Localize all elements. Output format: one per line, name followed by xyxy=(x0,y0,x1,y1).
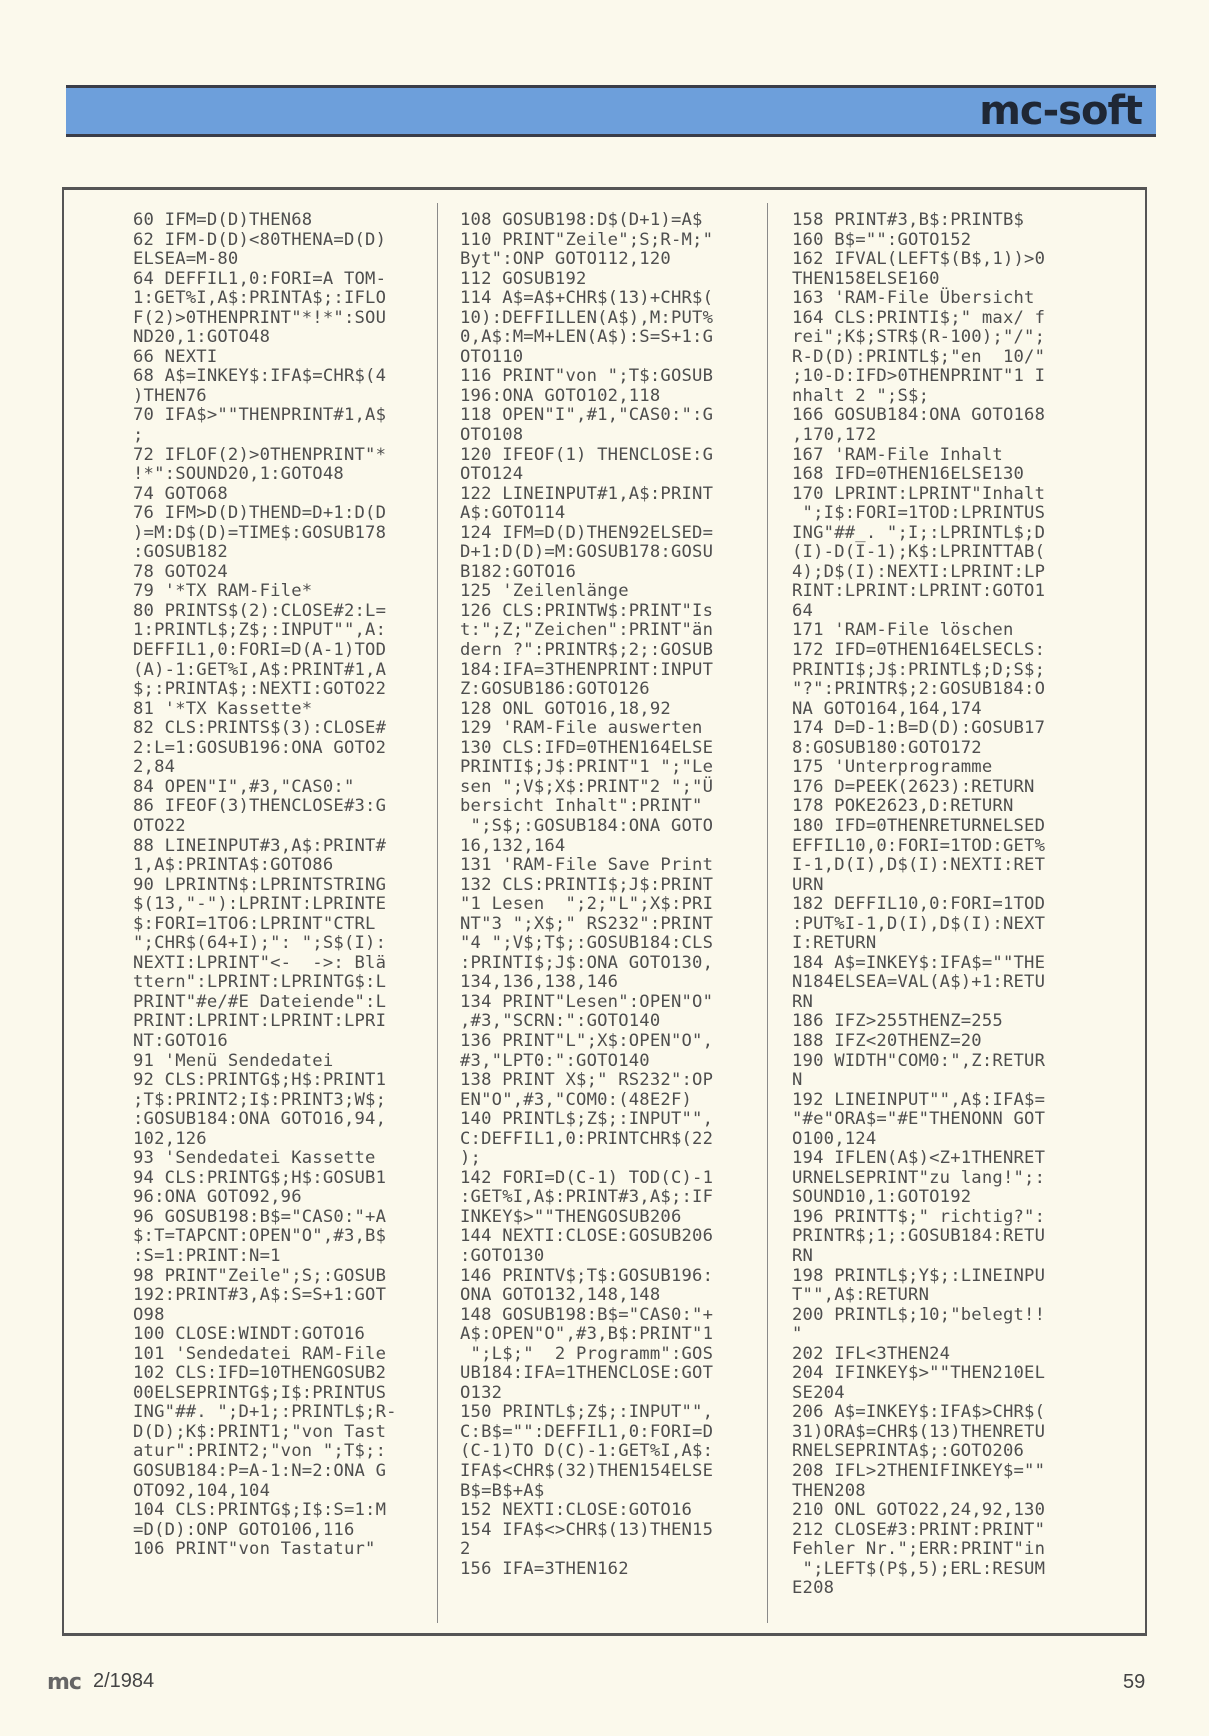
code-line: 80 PRINTS$(2):CLOSE#2:L= xyxy=(133,602,397,622)
code-line: I:RETURN xyxy=(792,934,1045,954)
code-line: 102 CLS:IFD=10THENGOSUB2 xyxy=(133,1364,397,1384)
code-line: 171 'RAM-File löschen xyxy=(792,621,1045,641)
code-line: OTO92,104,104 xyxy=(133,1482,397,1502)
code-line: PRINT"#e/#E Dateiende":L xyxy=(133,993,397,1013)
code-line: 100 CLOSE:WINDT:GOTO16 xyxy=(133,1325,397,1345)
code-line: ttern":LPRINT:LPRINTG$:L xyxy=(133,973,397,993)
code-line: 110 PRINT"Zeile";S;R-M;" xyxy=(460,231,713,251)
code-line: 196:ONA GOTO102,118 xyxy=(460,387,713,407)
code-line: 162 IFVAL(LEFT$(B$,1))>0 xyxy=(792,250,1045,270)
code-line: 64 DEFFIL1,0:FORI=A TOM- xyxy=(133,270,397,290)
code-line: 78 GOTO24 xyxy=(133,563,397,583)
code-line: 186 IFZ>255THENZ=255 xyxy=(792,1012,1045,1032)
code-line: 180 IFD=0THENRETURNELSED xyxy=(792,817,1045,837)
code-line: RN xyxy=(792,1247,1045,1267)
code-line: 190 WIDTH"COM0:",Z:RETUR xyxy=(792,1052,1045,1072)
code-line: 125 'Zeilenlänge xyxy=(460,582,713,602)
code-line: O98 xyxy=(133,1306,397,1326)
code-line: 152 NEXTI:CLOSE:GOTO16 xyxy=(460,1501,713,1521)
code-line: 94 CLS:PRINTG$;H$:GOSUB1 xyxy=(133,1169,397,1189)
code-line: 200 PRINTL$;10;"belegt!! xyxy=(792,1306,1045,1326)
code-line: "4 ";V$;T$;:GOSUB184:CLS xyxy=(460,934,713,954)
code-line: "#e"ORA$="#E"THENONN GOT xyxy=(792,1110,1045,1130)
code-line: "?":PRINTR$;2:GOSUB184:O xyxy=(792,680,1045,700)
code-line: INKEY$>""THENGOSUB206 xyxy=(460,1208,713,1228)
code-line: 150 PRINTL$;Z$;:INPUT"", xyxy=(460,1403,713,1423)
code-line: 116 PRINT"von ";T$:GOSUB xyxy=(460,367,713,387)
code-line: NEXTI:LPRINT"<- ->: Blä xyxy=(133,954,397,974)
code-line: OTO110 xyxy=(460,348,713,368)
code-line: ";LEFT$(P$,5);ERL:RESUM xyxy=(792,1560,1045,1580)
code-line: I-1,D(I),D$(I):NEXTI:RET xyxy=(792,856,1045,876)
code-line: 168 IFD=0THEN16ELSE130 xyxy=(792,465,1045,485)
code-line: OTO124 xyxy=(460,465,713,485)
code-line: RINT:LPRINT:LPRINT:GOTO1 xyxy=(792,582,1045,602)
code-line: :GET%I,A$:PRINT#3,A$;:IF xyxy=(460,1188,713,1208)
code-line: 212 CLOSE#3:PRINT:PRINT" xyxy=(792,1521,1045,1541)
code-line: 86 IFEOF(3)THENCLOSE#3:G xyxy=(133,797,397,817)
code-line: 68 A$=INKEY$:IFA$=CHR$(4 xyxy=(133,367,397,387)
code-line: ING"##_. ";I;:LPRINTL$;D xyxy=(792,524,1045,544)
code-line: "1 Lesen ";2;"L";X$:PRI xyxy=(460,895,713,915)
code-line: D+1:D(D)=M:GOSUB178:GOSU xyxy=(460,543,713,563)
code-line: 70 IFA$>""THENPRINT#1,A$ xyxy=(133,406,397,426)
code-line: 62 IFM-D(D)<80THENA=D(D) xyxy=(133,231,397,251)
code-line: E208 xyxy=(792,1579,1045,1599)
code-line: PRINTI$;J$:PRINT"1 ";"Le xyxy=(460,758,713,778)
code-line: THEN158ELSE160 xyxy=(792,270,1045,290)
code-line: A$:OPEN"O",#3,B$:PRINT"1 xyxy=(460,1325,713,1345)
code-line: =D(D):ONP GOTO106,116 xyxy=(133,1521,397,1541)
code-line: ;T$:PRINT2;I$:PRINT3;W$; xyxy=(133,1091,397,1111)
code-line: NT:GOTO16 xyxy=(133,1032,397,1052)
code-line: PRINT:LPRINT:LPRINT:LPRI xyxy=(133,1012,397,1032)
code-line: THEN208 xyxy=(792,1482,1045,1502)
code-line: 210 ONL GOTO22,24,92,130 xyxy=(792,1501,1045,1521)
code-line: ELSEA=M-80 xyxy=(133,250,397,270)
code-line: 92 CLS:PRINTG$;H$:PRINT1 xyxy=(133,1071,397,1091)
code-line: :GOTO130 xyxy=(460,1247,713,1267)
code-line: !*":SOUND20,1:GOTO48 xyxy=(133,465,397,485)
code-line: PRINTI$;J$:PRINTL$;D;S$; xyxy=(792,661,1045,681)
code-line: 2:L=1:GOSUB196:ONA GOTO2 xyxy=(133,739,397,759)
code-line: B182:GOTO16 xyxy=(460,563,713,583)
code-line: 194 IFLEN(A$)<Z+1THENRET xyxy=(792,1149,1045,1169)
code-line: 148 GOSUB198:B$="CAS0:"+ xyxy=(460,1306,713,1326)
code-line: (A)-1:GET%I,A$:PRINT#1,A xyxy=(133,661,397,681)
code-line: NT"3 ";X$;" RS232":PRINT xyxy=(460,915,713,935)
code-line: 132 CLS:PRINTI$;J$:PRINT xyxy=(460,876,713,896)
code-line: (I)-D(I-1);K$:LPRINTTAB( xyxy=(792,543,1045,563)
code-line: NA GOTO164,164,174 xyxy=(792,700,1045,720)
code-line: dern ?":PRINTR$;2;:GOSUB xyxy=(460,641,713,661)
code-line: ,#3,"SCRN:":GOTO140 xyxy=(460,1012,713,1032)
code-line: 66 NEXTI xyxy=(133,348,397,368)
code-line: URN xyxy=(792,876,1045,896)
code-line: 128 ONL GOTO16,18,92 xyxy=(460,700,713,720)
code-line: 76 IFM>D(D)THEND=D+1:D(D xyxy=(133,504,397,524)
code-line: 112 GOSUB192 xyxy=(460,270,713,290)
code-line: C:DEFFIL1,0:PRINTCHR$(22 xyxy=(460,1130,713,1150)
issue-label: 2/1984 xyxy=(93,1670,154,1693)
code-line: SE204 xyxy=(792,1384,1045,1404)
code-line: OTO108 xyxy=(460,426,713,446)
code-line: $(13,"-"):LPRINT:LPRINTE xyxy=(133,895,397,915)
code-line: 91 'Menü Sendedatei xyxy=(133,1052,397,1072)
code-line: t:";Z;"Zeichen":PRINT"än xyxy=(460,621,713,641)
code-line: 174 D=D-1:B=D(D):GOSUB17 xyxy=(792,719,1045,739)
code-line: 163 'RAM-File Übersicht xyxy=(792,289,1045,309)
code-line: $:FORI=1TO6:LPRINT"CTRL xyxy=(133,915,397,935)
code-line: 126 CLS:PRINTW$:PRINT"Is xyxy=(460,602,713,622)
code-line: " xyxy=(792,1325,1045,1345)
code-line: 129 'RAM-File auswerten xyxy=(460,719,713,739)
code-line: 64 xyxy=(792,602,1045,622)
code-line: 198 PRINTL$;Y$;:LINEINPU xyxy=(792,1267,1045,1287)
code-line: 192 LINEINPUT"",A$:IFA$= xyxy=(792,1091,1045,1111)
code-line: :S=1:PRINT:N=1 xyxy=(133,1247,397,1267)
code-line: (C-1)TO D(C)-1:GET%I,A$: xyxy=(460,1442,713,1462)
code-line: 134,136,138,146 xyxy=(460,973,713,993)
code-line: R-D(D):PRINTL$;"en 10/" xyxy=(792,348,1045,368)
code-line: 82 CLS:PRINTS$(3):CLOSE# xyxy=(133,719,397,739)
code-line: D(D);K$:PRINT1;"von Tast xyxy=(133,1423,397,1443)
code-line: 106 PRINT"von Tastatur" xyxy=(133,1540,397,1560)
code-line: GOSUB184:P=A-1:N=2:ONA G xyxy=(133,1462,397,1482)
code-line: 114 A$=A$+CHR$(13)+CHR$( xyxy=(460,289,713,309)
code-line: 156 IFA=3THEN162 xyxy=(460,1560,713,1580)
code-line: F(2)>0THENPRINT"*!*":SOU xyxy=(133,309,397,329)
code-line: 31)ORA$=CHR$(13)THENRETU xyxy=(792,1423,1045,1443)
code-line: ; xyxy=(133,426,397,446)
column-divider xyxy=(437,203,438,1623)
code-line: $:T=TAPCNT:OPEN"O",#3,B$ xyxy=(133,1227,397,1247)
code-line: UB184:IFA=1THENCLOSE:GOT xyxy=(460,1364,713,1384)
code-line: O100,124 xyxy=(792,1130,1045,1150)
code-line: rei";K$;STR$(R-100);"/"; xyxy=(792,328,1045,348)
code-line: bersicht Inhalt":PRINT" xyxy=(460,797,713,817)
code-line: 184:IFA=3THENPRINT:INPUT xyxy=(460,661,713,681)
code-line: 72 IFLOF(2)>0THENPRINT"* xyxy=(133,446,397,466)
code-line: ONA GOTO132,148,148 xyxy=(460,1286,713,1306)
code-line: RN xyxy=(792,993,1045,1013)
code-line: 158 PRINT#3,B$:PRINTB$ xyxy=(792,211,1045,231)
code-line: 2 xyxy=(460,1540,713,1560)
code-line: N xyxy=(792,1071,1045,1091)
code-line: DEFFIL1,0:FORI=D(A-1)TOD xyxy=(133,641,397,661)
code-line: atur":PRINT2;"von ";T$;: xyxy=(133,1442,397,1462)
code-line: SOUND10,1:GOTO192 xyxy=(792,1188,1045,1208)
code-line: 81 '*TX Kassette* xyxy=(133,700,397,720)
code-line: 4);D$(I):NEXTI:LPRINT:LP xyxy=(792,563,1045,583)
code-line: Fehler Nr.";ERR:PRINT"in xyxy=(792,1540,1045,1560)
code-line: ";S$;:GOSUB184:ONA GOTO xyxy=(460,817,713,837)
code-line: 90 LPRINTN$:LPRINTSTRING xyxy=(133,876,397,896)
code-line: 170 LPRINT:LPRINT"Inhalt xyxy=(792,485,1045,505)
code-line: C:B$="":DEFFIL1,0:FORI=D xyxy=(460,1423,713,1443)
code-line: :PRINTI$;J$:ONA GOTO130, xyxy=(460,954,713,974)
code-line: 2,84 xyxy=(133,758,397,778)
code-line: 104 CLS:PRINTG$;I$:S=1:M xyxy=(133,1501,397,1521)
code-line: ND20,1:GOTO48 xyxy=(133,328,397,348)
code-line: 0,A$:M=M+LEN(A$):S=S+1:G xyxy=(460,328,713,348)
code-line: RNELSEPRINTA$;:GOTO206 xyxy=(792,1442,1045,1462)
code-line: 134 PRINT"Lesen":OPEN"O" xyxy=(460,993,713,1013)
code-line: IFA$<CHR$(32)THEN154ELSE xyxy=(460,1462,713,1482)
code-line: 120 IFEOF(1) THENCLOSE:G xyxy=(460,446,713,466)
code-line: 172 IFD=0THEN164ELSECLS: xyxy=(792,641,1045,661)
code-line: 140 PRINTL$;Z$;:INPUT"", xyxy=(460,1110,713,1130)
code-line: 60 IFM=D(D)THEN68 xyxy=(133,211,397,231)
code-line: sen ";V$;X$:PRINT"2 ";"Ü xyxy=(460,778,713,798)
code-line: ;10-D:IFD>0THENPRINT"1 I xyxy=(792,367,1045,387)
section-header-band: mc-soft xyxy=(66,85,1156,137)
code-line: 96 GOSUB198:B$="CAS0:"+A xyxy=(133,1208,397,1228)
code-line: 131 'RAM-File Save Print xyxy=(460,856,713,876)
code-line: N184ELSEA=VAL(A$)+1:RETU xyxy=(792,973,1045,993)
code-line: ING"##. ";D+1;:PRINTL$;R- xyxy=(133,1403,397,1423)
code-line: 192:PRINT#3,A$:S=S+1:GOT xyxy=(133,1286,397,1306)
page-number: 59 xyxy=(1123,1671,1145,1694)
code-line: )THEN76 xyxy=(133,387,397,407)
code-line: OTO22 xyxy=(133,817,397,837)
code-line: 101 'Sendedatei RAM-File xyxy=(133,1345,397,1365)
code-line: PRINTR$;1;:GOSUB184:RETU xyxy=(792,1227,1045,1247)
code-line: 1:GET%I,A$:PRINTA$;:IFLO xyxy=(133,289,397,309)
code-line: 146 PRINTV$;T$:GOSUB196: xyxy=(460,1267,713,1287)
code-line: 164 CLS:PRINTI$;" max/ f xyxy=(792,309,1045,329)
code-line: EFFIL10,0:FORI=1TOD:GET% xyxy=(792,837,1045,857)
code-line: 175 'Unterprogramme xyxy=(792,758,1045,778)
code-line: Byt":ONP GOTO112,120 xyxy=(460,250,713,270)
code-line: :GOSUB184:ONA GOTO16,94, xyxy=(133,1110,397,1130)
code-line: 84 OPEN"I",#3,"CAS0:" xyxy=(133,778,397,798)
section-brand-label: mc-soft xyxy=(979,88,1142,134)
code-line: 88 LINEINPUT#3,A$:PRINT# xyxy=(133,837,397,857)
code-line: ,170,172 xyxy=(792,426,1045,446)
code-line: 204 IFINKEY$>""THEN210EL xyxy=(792,1364,1045,1384)
code-line: 1,A$:PRINTA$:GOTO86 xyxy=(133,856,397,876)
code-line: 144 NEXTI:CLOSE:GOSUB206 xyxy=(460,1227,713,1247)
code-line: #3,"LPT0:":GOTO140 xyxy=(460,1052,713,1072)
code-line: URNELSEPRINT"zu lang!";: xyxy=(792,1169,1045,1189)
code-line: 202 IFL<3THEN24 xyxy=(792,1345,1045,1365)
code-line: 176 D=PEEK(2623):RETURN xyxy=(792,778,1045,798)
code-line: 102,126 xyxy=(133,1130,397,1150)
code-line: 160 B$="":GOTO152 xyxy=(792,231,1045,251)
code-line: $;:PRINTA$;:NEXTI:GOTO22 xyxy=(133,680,397,700)
code-line: ";I$:FORI=1TOD:LPRINTUS xyxy=(792,504,1045,524)
code-line: 196 PRINTT$;" richtig?": xyxy=(792,1208,1045,1228)
code-line: T"",A$:RETURN xyxy=(792,1286,1045,1306)
code-line: :PUT%I-1,D(I),D$(I):NEXT xyxy=(792,915,1045,935)
code-line: 96:ONA GOTO92,96 xyxy=(133,1188,397,1208)
code-line: 136 PRINT"L";X$:OPEN"O", xyxy=(460,1032,713,1052)
code-line: 182 DEFFIL10,0:FORI=1TOD xyxy=(792,895,1045,915)
code-line: ";L$;" 2 Programm":GOS xyxy=(460,1345,713,1365)
code-line: O132 xyxy=(460,1384,713,1404)
code-line: ";CHR$(64+I);": ";S$(I): xyxy=(133,934,397,954)
code-line: 00ELSEPRINTG$;I$:PRINTUS xyxy=(133,1384,397,1404)
code-line: 138 PRINT X$;" RS232":OP xyxy=(460,1071,713,1091)
code-line: 16,132,164 xyxy=(460,837,713,857)
code-line: nhalt 2 ";S$; xyxy=(792,387,1045,407)
code-line: :GOSUB182 xyxy=(133,543,397,563)
code-line: )=M:D$(D)=TIME$:GOSUB178 xyxy=(133,524,397,544)
code-line: 130 CLS:IFD=0THEN164ELSE xyxy=(460,739,713,759)
column-divider xyxy=(767,203,768,1623)
code-line: Z:GOSUB186:GOTO126 xyxy=(460,680,713,700)
code-line: EN"O",#3,"COM0:(48E2F) xyxy=(460,1091,713,1111)
code-line: 188 IFZ<20THENZ=20 xyxy=(792,1032,1045,1052)
code-line: 79 '*TX RAM-File* xyxy=(133,582,397,602)
code-line: 98 PRINT"Zeile";S;:GOSUB xyxy=(133,1267,397,1287)
code-line: ); xyxy=(460,1149,713,1169)
code-line: 74 GOTO68 xyxy=(133,485,397,505)
code-line: 124 IFM=D(D)THEN92ELSED= xyxy=(460,524,713,544)
code-line: 184 A$=INKEY$:IFA$=""THE xyxy=(792,954,1045,974)
code-line: B$=B$+A$ xyxy=(460,1482,713,1502)
code-line: 154 IFA$<>CHR$(13)THEN15 xyxy=(460,1521,713,1541)
code-line: A$:GOTO114 xyxy=(460,504,713,524)
code-line: 178 POKE2623,D:RETURN xyxy=(792,797,1045,817)
code-line: 122 LINEINPUT#1,A$:PRINT xyxy=(460,485,713,505)
code-line: 208 IFL>2THENIFINKEY$="" xyxy=(792,1462,1045,1482)
listing-column-2: 108 GOSUB198:D$(D+1)=A$110 PRINT"Zeile";… xyxy=(460,211,713,1579)
code-line: 10):DEFFILLEN(A$),M:PUT% xyxy=(460,309,713,329)
code-line: 167 'RAM-File Inhalt xyxy=(792,446,1045,466)
code-line: 166 GOSUB184:ONA GOTO168 xyxy=(792,406,1045,426)
code-line: 206 A$=INKEY$:IFA$>CHR$( xyxy=(792,1403,1045,1423)
listing-column-1: 60 IFM=D(D)THEN6862 IFM-D(D)<80THENA=D(D… xyxy=(133,211,397,1560)
code-line: 108 GOSUB198:D$(D+1)=A$ xyxy=(460,211,713,231)
code-line: 93 'Sendedatei Kassette xyxy=(133,1149,397,1169)
listing-column-3: 158 PRINT#3,B$:PRINTB$160 B$="":GOTO1521… xyxy=(792,211,1045,1599)
code-line: 118 OPEN"I",#1,"CAS0:":G xyxy=(460,406,713,426)
code-line: 8:GOSUB180:GOTO172 xyxy=(792,739,1045,759)
magazine-logo: mc xyxy=(47,1670,81,1695)
code-line: 1:PRINTL$;Z$;:INPUT"",A: xyxy=(133,621,397,641)
code-line: 142 FORI=D(C-1) TOD(C)-1 xyxy=(460,1169,713,1189)
